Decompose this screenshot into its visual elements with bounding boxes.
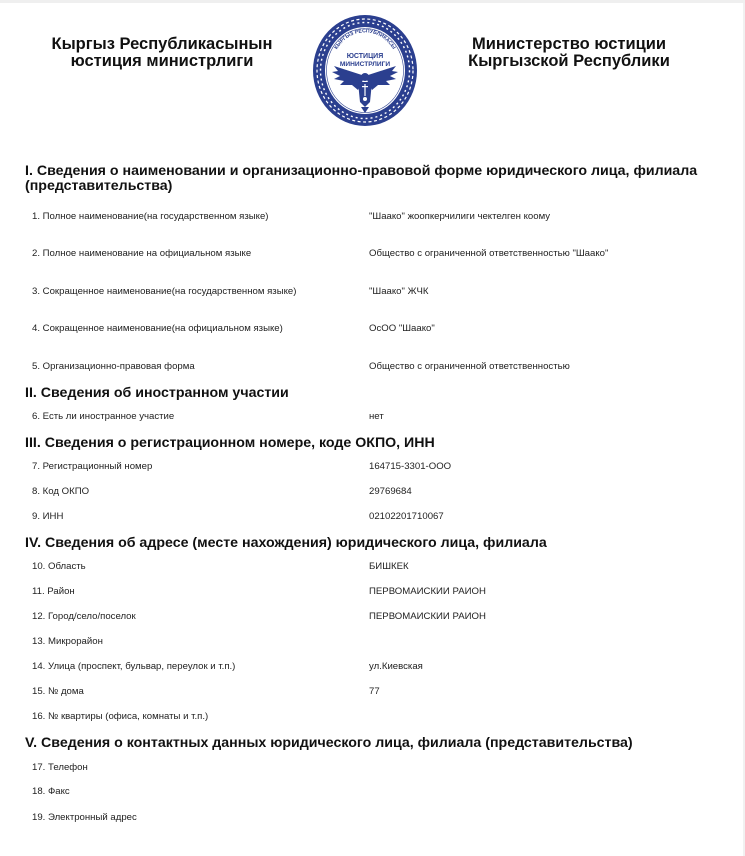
field-label: 9. ИНН [32,511,63,523]
header-title-russian-line-1: Министерство юстиции [429,36,709,53]
field-label: 7. Регистрационный номер [32,461,152,473]
field-label: 16. № квартиры (офиса, комнаты и т.п.) [32,711,208,723]
field-label: 19. Электронный адрес [32,812,137,824]
field-value: 02102201710067 [369,511,444,523]
field-value: БИШКЕК [369,561,409,573]
field-label: 8. Код ОКПО [32,486,89,498]
field-label: 18. Факс [32,786,70,798]
section-title-line-1: I. Сведения о наименовании и организацио… [25,164,725,179]
header-title-kyrgyz-line-1: Кыргыз Республикасынын [22,36,302,53]
field-label: 13. Микрорайон [32,636,103,648]
section-title-contacts: V. Сведения о контактных данных юридичес… [25,736,725,751]
field-label: 4. Сокращенное наименование(на официальн… [32,323,283,335]
header-title-russian-line-2: Кыргызской Республики [429,53,709,70]
document-header: Кыргыз Республикасынын юстиция министрли… [0,0,745,140]
field-value: ПЕРВОМАИСКИИ РАИОН [369,611,486,623]
field-label: 3. Сокращенное наименование(на государст… [32,286,296,298]
field-value: ОсОО "Шаако" [369,323,435,335]
field-value: нет [369,411,384,423]
section-title-foreign-participation: II. Сведения об иностранном участии [25,386,725,401]
field-value: ул.Киевская [369,661,423,673]
field-value: 164715-3301-ООО [369,461,451,473]
field-value: "Шаако" жоопкерчилиги чектелген коому [369,211,550,223]
field-label: 12. Город/село/поселок [32,611,136,623]
field-label: 1. Полное наименование(на государственно… [32,211,269,223]
section-title-registration-numbers: III. Сведения о регистрационном номере, … [25,436,725,451]
ministry-emblem-icon: КЫРГЫЗ РЕСПУБЛИКАСЫ ЮСТИЦИЯ МИНИСТРЛИГИ [312,14,418,127]
field-value: 29769684 [369,486,412,498]
field-value: ПЕРВОМАИСКИИ РАИОН [369,586,486,598]
emblem-text-line-1: ЮСТИЦИЯ [347,53,384,60]
section-title-name-and-form: I. Сведения о наименовании и организацио… [25,164,725,194]
field-label: 2. Полное наименование на официальном яз… [32,248,251,260]
field-label: 5. Организационно-правовая форма [32,361,195,373]
field-label: 17. Телефон [32,762,88,774]
field-label: 11. Район [32,586,75,598]
field-value: 77 [369,686,380,698]
header-title-kyrgyz: Кыргыз Республикасынын юстиция министрли… [22,36,302,70]
section-title-address: IV. Сведения об адресе (месте нахождения… [25,536,725,551]
section-title-line-2: (представительства) [25,179,725,194]
header-title-russian: Министерство юстиции Кыргызской Республи… [429,36,709,70]
field-label: 6. Есть ли иностранное участие [32,411,174,423]
emblem-text-line-2: МИНИСТРЛИГИ [340,61,390,68]
field-value: "Шаако" ЖЧК [369,286,428,298]
header-title-kyrgyz-line-2: юстиция министрлиги [22,53,302,70]
field-label: 10. Область [32,561,86,573]
field-value: Общество с ограниченной ответственностью [369,361,570,373]
field-label: 14. Улица (проспект, бульвар, переулок и… [32,661,235,673]
field-value: Общество с ограниченной ответственностью… [369,248,608,260]
field-label: 15. № дома [32,686,84,698]
